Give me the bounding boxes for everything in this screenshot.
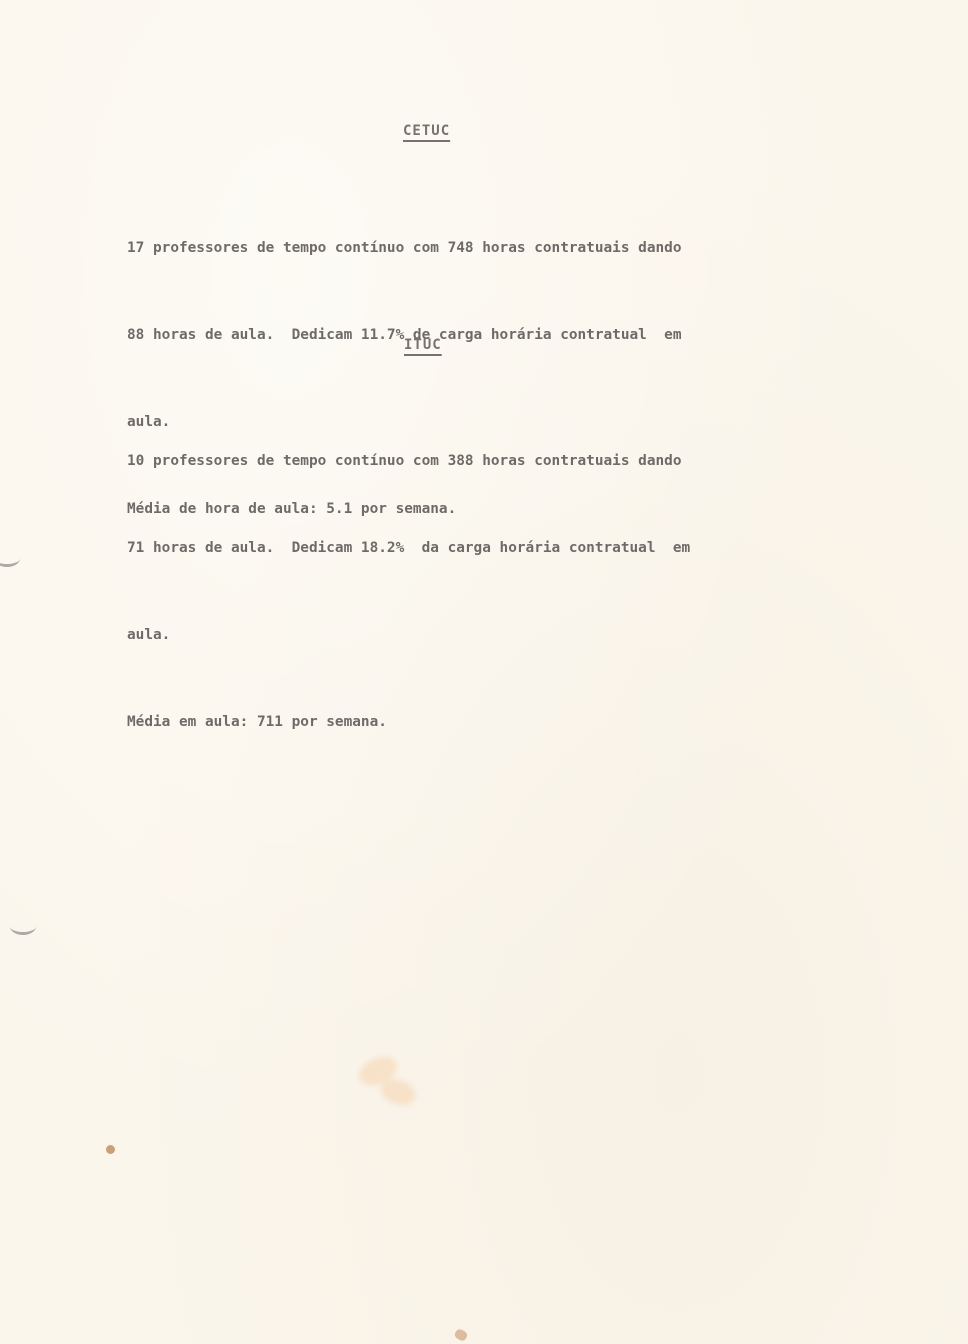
punch-hole-mark [0,550,20,567]
section-heading-ituc: ITUC [404,337,442,353]
punch-hole-mark [10,918,36,935]
body-line: 10 professores de tempo contínuo com 388… [127,447,690,476]
body-line: 71 horas de aula. Dedicam 18.2% da carga… [127,534,690,563]
section-body-ituc: 10 professores de tempo contínuo com 388… [127,389,690,795]
section-heading-cetuc: CETUC [403,123,450,139]
body-line: 17 professores de tempo contínuo com 748… [127,234,682,263]
paper-edge-mark [453,1328,468,1343]
body-line: Média em aula: 711 por semana. [127,708,690,737]
body-line: aula. [127,621,690,650]
document-page: CETUC 17 professores de tempo contínuo c… [0,0,968,1344]
paper-spot [106,1145,115,1154]
